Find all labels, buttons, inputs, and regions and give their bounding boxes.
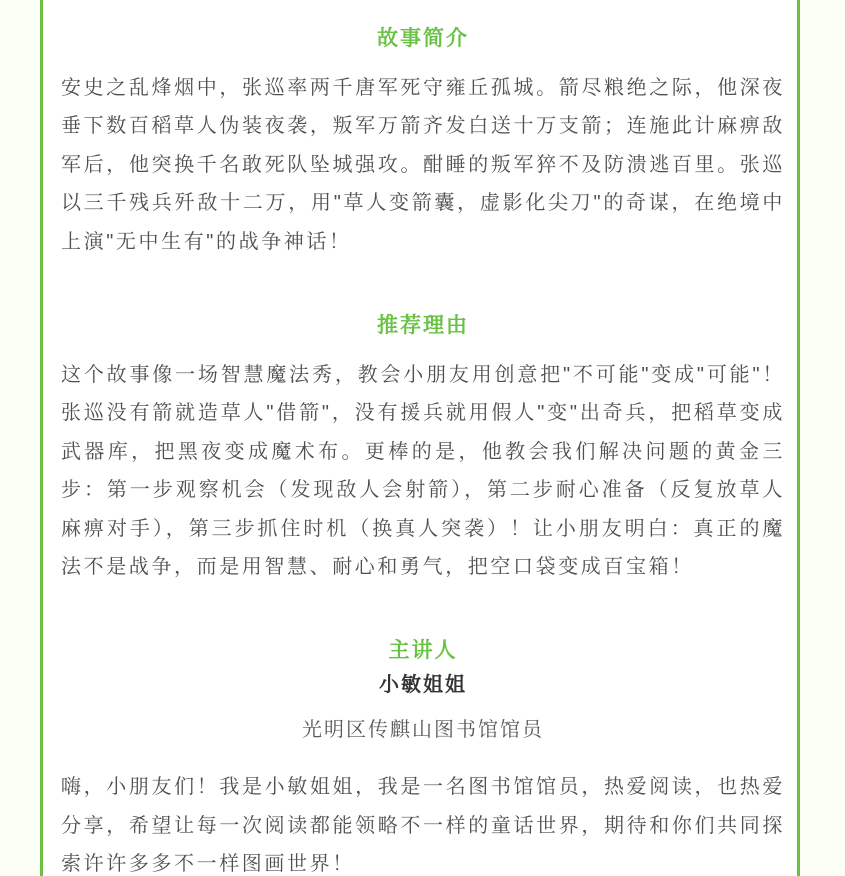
article-page: 故事简介 安史之乱烽烟中，张巡率两千唐军死守雍丘孤城。箭尽粮绝之际，他深夜垂下数… <box>0 0 845 876</box>
article-card: 故事简介 安史之乱烽烟中，张巡率两千唐军死守雍丘孤城。箭尽粮绝之际，他深夜垂下数… <box>40 0 800 876</box>
section-title-story-intro: 故事简介 <box>61 28 785 50</box>
section-title-recommendation: 推荐理由 <box>61 315 785 337</box>
recommendation-paragraph: 这个故事像一场智慧魔法秀，教会小朋友用创意把"不可能"变成"可能"！张巡没有箭就… <box>61 356 785 586</box>
speaker-intro-paragraph: 嗨，小朋友们！我是小敏姐姐，我是一名图书馆馆员，热爱阅读，也热爱分享，希望让每一… <box>61 768 785 876</box>
speaker-title: 光明区传麒山图书馆馆员 <box>61 719 785 741</box>
section-title-speaker: 主讲人 <box>61 640 785 662</box>
speaker-name: 小敏姐姐 <box>61 674 785 696</box>
story-intro-paragraph: 安史之乱烽烟中，张巡率两千唐军死守雍丘孤城。箭尽粮绝之际，他深夜垂下数百稻草人伪… <box>61 69 785 261</box>
